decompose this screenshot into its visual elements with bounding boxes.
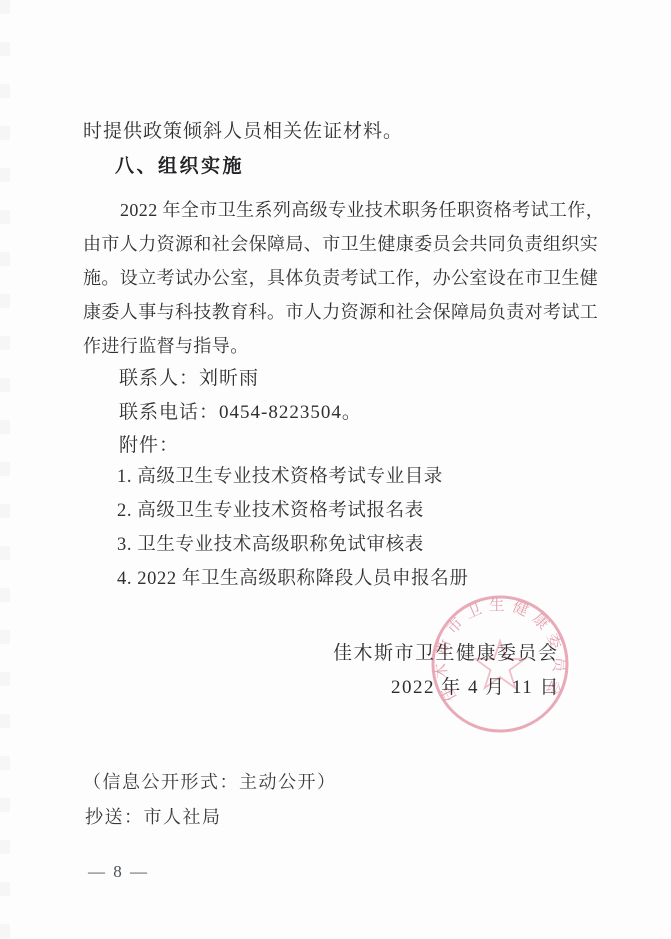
paragraph-line: 施。设立考试办公室，具体负责考试工作，办公室设在市卫生健: [83, 264, 598, 290]
signature-issuer: 佳木斯市卫生健康委员会: [333, 638, 559, 665]
cc-line: 抄送：市人社局: [85, 803, 222, 829]
contact-phone-line: 联系电话：0454-8223504。: [119, 397, 362, 424]
attachment-item: 3. 卫生专业技术高级职称免试审核表: [117, 530, 424, 556]
attachment-item: 2. 高级卫生专业技术资格考试报名表: [117, 496, 424, 522]
signature-date: 2022 年 4 月 11 日: [391, 672, 560, 699]
attachment-item: 4. 2022 年卫生高级职称降段人员申报名册: [117, 564, 468, 590]
section-heading: 八、组织实施: [115, 151, 244, 178]
attachment-item: 1. 高级卫生专业技术资格考试专业目录: [117, 462, 443, 488]
page-number: — 8 —: [88, 862, 149, 882]
paragraph-line: 康委人事与科技教育科。市人力资源和社会保障局负责对考试工: [83, 298, 598, 324]
contact-person-line: 联系人：刘昕雨: [119, 363, 259, 390]
document-page: 时提供政策倾斜人员相关佐证材料。 八、组织实施 2022 年全市卫生系列高级专业…: [0, 0, 671, 939]
paragraph-line: 作进行监督与指导。: [83, 332, 249, 358]
paragraph-line: 由市人力资源和社会保障局、市卫生健康委员会共同负责组织实: [83, 230, 598, 256]
paragraph-line: 2022 年全市卫生系列高级专业技术职务任职资格考试工作，: [83, 196, 604, 222]
attachments-label: 附件：: [119, 430, 179, 457]
body-continuation-line: 时提供政策倾斜人员相关佐证材料。: [83, 116, 403, 143]
disclosure-note: （信息公开形式：主动公开）: [83, 768, 337, 794]
